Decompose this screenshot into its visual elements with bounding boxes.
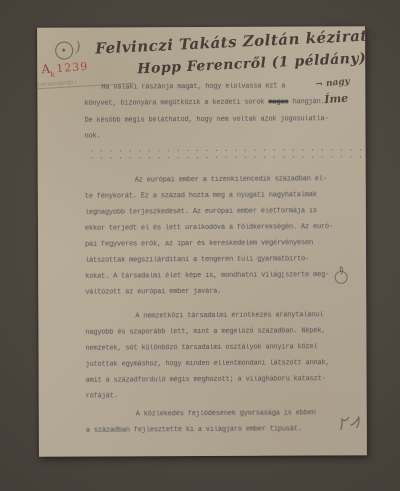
typed-line: változott az európai ember javára.: [85, 288, 221, 297]
typed-line: jutottak egymáshoz, hogy minden ellentmo…: [86, 359, 330, 369]
pencil-flourish-icon: [337, 411, 363, 440]
scanned-manuscript-photo: { "document": { "archive": { "stamp": "r…: [0, 0, 400, 491]
typed-line: látszottak megszilárdítani a tengeren tú…: [85, 255, 309, 265]
archive-number-value: 1239: [56, 60, 89, 75]
partial-stamp-arc-icon: ): [74, 39, 82, 56]
typed-line: nok.: [85, 132, 101, 140]
dotted-divider-row: . . . . . . . . . . . . . . . . . . . . …: [90, 152, 400, 161]
typed-line: De később mégis beláthatod, hogy nem vol…: [84, 115, 328, 125]
typed-text: könyvet, bizonyára megütközik a kezdeti …: [84, 99, 268, 108]
margin-ime-squiggle: Íme: [324, 92, 349, 107]
typed-line: a században fejlesztette ki a világjáró …: [86, 425, 302, 435]
typed-line: ekkor terjedt el és lett uralkodóvá a fö…: [85, 223, 333, 233]
handwritten-title-line2: Hopp Ferencről (1 példány).: [137, 50, 372, 77]
typed-line: Az európai ember a tizenkilencedik száza…: [135, 175, 327, 184]
typed-line: A közlekedés fejlődésének gyorsasága is …: [136, 409, 316, 418]
margin-insert-nagy: ¬ nagy: [315, 77, 350, 91]
typed-line: nagyobb és szaporább lett, mint a megelő…: [85, 327, 325, 337]
circled-proof-mark-icon: [332, 264, 350, 291]
typed-text: hangján.: [288, 98, 324, 106]
archive-number-sub: k: [50, 70, 56, 78]
typed-line: könyvet, bizonyára megütközik a kezdeti …: [84, 98, 324, 108]
typed-line: Ha valaki rászánja magát, hogy elolvassa…: [101, 82, 285, 91]
typed-line: nemzetek, sőt különböző társadalmi osztá…: [85, 343, 317, 353]
typed-line: pai fegyveres erők, az ipar és kereskede…: [85, 239, 313, 249]
typed-line: amit a századforduló mégis meghozott; a …: [86, 375, 326, 385]
typed-line: te fénykorát. Ez a század hozta meg a ny…: [85, 191, 317, 201]
typed-line: A nemzetközi társadalmi érintkezés arány…: [135, 311, 323, 320]
typed-line: kokat. A társadalmi élet képe is, mondha…: [85, 271, 329, 281]
manuscript-page: ) Ak1239 Lemásolandó ! Felvinczi Takáts …: [37, 26, 367, 456]
typed-line: legnagyobb terjeszkedését. Az európai em…: [85, 207, 317, 217]
archive-number: Ak1239: [41, 55, 89, 77]
struck-word: magas: [268, 98, 288, 106]
typed-line: rófáját.: [86, 392, 118, 400]
